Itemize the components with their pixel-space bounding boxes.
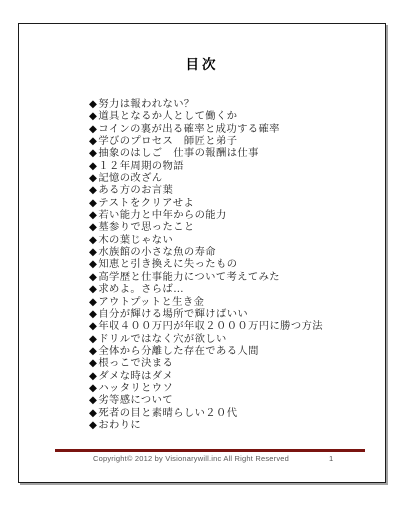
page-title: 目次	[19, 53, 385, 73]
toc-item-label: 自分が輝ける場所で輝けばいい	[98, 308, 248, 320]
toc-item: ◆ドリルではなく穴が欲しい	[89, 333, 379, 345]
toc-item-label: 求めよ。さらば…	[98, 283, 184, 295]
page-number: 1	[329, 454, 333, 463]
toc-item: ◆道具となるか人として働くか	[89, 110, 379, 122]
diamond-bullet-icon: ◆	[89, 271, 97, 283]
toc-item: ◆劣等感について	[89, 394, 379, 406]
document-page: 目次 ◆努力は報われない？◆道具となるか人として働くか◆コインの裏が出る確率と成…	[18, 23, 386, 483]
toc-item-label: 木の葉じゃない	[98, 234, 173, 246]
toc-item-label: 死者の目と素晴らしい２０代	[98, 407, 237, 419]
toc-item: ◆全体から分離した存在である人間	[89, 345, 379, 357]
toc-item: ◆コインの裏が出る確率と成功する確率	[89, 123, 379, 135]
toc-item: ◆年収４００万円が年収２０００万円に勝つ方法	[89, 320, 379, 332]
toc-item: ◆抽象のはしご 仕事の報酬は仕事	[89, 147, 379, 159]
toc-item: ◆木の葉じゃない	[89, 234, 379, 246]
toc-item-label: 知恵と引き換えに失ったもの	[98, 258, 237, 270]
toc-item: ◆ハッタリとウソ	[89, 382, 379, 394]
diamond-bullet-icon: ◆	[89, 333, 97, 345]
toc-item: ◆若い能力と中年からの能力	[89, 209, 379, 221]
toc-item: ◆ダメな時はダメ	[89, 370, 379, 382]
toc-item-label: 抽象のはしご 仕事の報酬は仕事	[98, 147, 258, 159]
toc-item: ◆テストをクリアせよ	[89, 197, 379, 209]
toc-item: ◆高学歴と仕事能力について考えてみた	[89, 271, 379, 283]
diamond-bullet-icon: ◆	[89, 382, 97, 394]
copyright-text: Copyright© 2012 by Visionarywill.inc All…	[19, 454, 363, 463]
toc-item: ◆努力は報われない？	[89, 98, 379, 110]
toc-item-label: 学びのプロセス 師匠と弟子	[98, 135, 237, 147]
diamond-bullet-icon: ◆	[89, 221, 97, 233]
toc-item-label: ある方のお言葉	[98, 184, 173, 196]
screenshot-canvas: 目次 ◆努力は報われない？◆道具となるか人として働くか◆コインの裏が出る確率と成…	[0, 0, 410, 512]
toc-item-label: テストをクリアせよ	[98, 197, 194, 209]
toc-item-label: 水族館の小さな魚の寿命	[98, 246, 216, 258]
toc-item: ◆おわりに	[89, 419, 379, 431]
diamond-bullet-icon: ◆	[89, 419, 97, 431]
toc-item: ◆求めよ。さらば…	[89, 283, 379, 295]
diamond-bullet-icon: ◆	[89, 147, 97, 159]
toc-item-label: 高学歴と仕事能力について考えてみた	[98, 271, 280, 283]
toc-item: ◆自分が輝ける場所で輝けばいい	[89, 308, 379, 320]
diamond-bullet-icon: ◆	[89, 197, 97, 209]
toc-item-label: おわりに	[98, 419, 141, 431]
toc-item: ◆１２年周期の物語	[89, 160, 379, 172]
diamond-bullet-icon: ◆	[89, 308, 97, 320]
toc-item-label: ダメな時はダメ	[98, 370, 173, 382]
diamond-bullet-icon: ◆	[89, 110, 97, 122]
footer-divider	[55, 449, 365, 452]
toc-item: ◆記憶の改ざん	[89, 172, 379, 184]
toc-item-label: 年収４００万円が年収２０００万円に勝つ方法	[98, 320, 323, 332]
diamond-bullet-icon: ◆	[89, 370, 97, 382]
diamond-bullet-icon: ◆	[89, 98, 97, 110]
diamond-bullet-icon: ◆	[89, 135, 97, 147]
diamond-bullet-icon: ◆	[89, 172, 97, 184]
toc-item-label: １２年周期の物語	[98, 160, 184, 172]
toc-item: ◆死者の目と素晴らしい２０代	[89, 407, 379, 419]
diamond-bullet-icon: ◆	[89, 160, 97, 172]
diamond-bullet-icon: ◆	[89, 258, 97, 270]
toc-item-label: 記憶の改ざん	[98, 172, 162, 184]
toc-item: ◆アウトプットと生き金	[89, 296, 379, 308]
diamond-bullet-icon: ◆	[89, 234, 97, 246]
toc-item: ◆墓参りで思ったこと	[89, 221, 379, 233]
toc-item: ◆ある方のお言葉	[89, 184, 379, 196]
toc-list: ◆努力は報われない？◆道具となるか人として働くか◆コインの裏が出る確率と成功する…	[89, 98, 379, 431]
toc-item-label: ハッタリとウソ	[98, 382, 173, 394]
diamond-bullet-icon: ◆	[89, 320, 97, 332]
toc-item: ◆根っこで決まる	[89, 357, 379, 369]
diamond-bullet-icon: ◆	[89, 209, 97, 221]
toc-item-label: 全体から分離した存在である人間	[98, 345, 258, 357]
toc-item-label: 劣等感について	[98, 394, 173, 406]
toc-item-label: 若い能力と中年からの能力	[98, 209, 226, 221]
toc-item-label: 根っこで決まる	[98, 357, 173, 369]
toc-item-label: 墓参りで思ったこと	[98, 221, 194, 233]
toc-item-label: 努力は報われない？	[98, 98, 194, 110]
toc-item: ◆水族館の小さな魚の寿命	[89, 246, 379, 258]
toc-item-label: コインの裏が出る確率と成功する確率	[98, 123, 280, 135]
diamond-bullet-icon: ◆	[89, 123, 97, 135]
diamond-bullet-icon: ◆	[89, 283, 97, 295]
diamond-bullet-icon: ◆	[89, 184, 97, 196]
diamond-bullet-icon: ◆	[89, 357, 97, 369]
toc-item: ◆知恵と引き換えに失ったもの	[89, 258, 379, 270]
diamond-bullet-icon: ◆	[89, 345, 97, 357]
toc-item-label: 道具となるか人として働くか	[98, 110, 237, 122]
toc-item: ◆学びのプロセス 師匠と弟子	[89, 135, 379, 147]
diamond-bullet-icon: ◆	[89, 394, 97, 406]
diamond-bullet-icon: ◆	[89, 246, 97, 258]
toc-item-label: ドリルではなく穴が欲しい	[98, 333, 226, 345]
toc-item-label: アウトプットと生き金	[98, 296, 204, 308]
diamond-bullet-icon: ◆	[89, 407, 97, 419]
diamond-bullet-icon: ◆	[89, 296, 97, 308]
